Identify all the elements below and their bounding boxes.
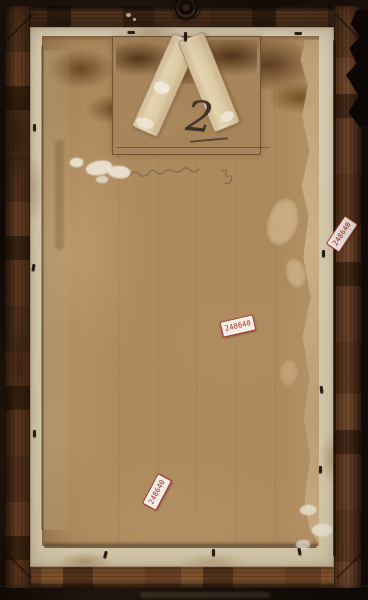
- nail: [33, 124, 36, 131]
- paint-speck: [126, 13, 131, 17]
- paint-smudge: [70, 158, 83, 167]
- backing-bottom-shadow: [44, 541, 317, 548]
- nail: [319, 466, 322, 473]
- paint-smudge: [96, 176, 108, 183]
- nail: [295, 32, 302, 35]
- paint-speck: [133, 18, 136, 21]
- frame-edge-scuff: [140, 592, 270, 598]
- paint-smudge: [300, 505, 316, 515]
- patch-border-line: [117, 147, 270, 148]
- frame-right-bar: [334, 6, 361, 588]
- nail: [320, 386, 324, 393]
- nail: [128, 31, 135, 34]
- sticker-number: 248640: [224, 319, 252, 333]
- nail: [184, 32, 187, 41]
- tape-tear: [135, 115, 156, 131]
- handwritten-inscription: [126, 163, 246, 185]
- frame-bottom-bar: [5, 564, 360, 588]
- water-stain: [44, 50, 70, 530]
- frame-left-bar: [5, 6, 31, 588]
- nail: [322, 250, 325, 257]
- framed-painting-back-photo: 2 248640 248640 248640: [0, 0, 368, 600]
- backing-right-gap: [333, 40, 336, 556]
- tape-tear: [152, 79, 171, 96]
- nail: [33, 430, 36, 437]
- nail: [212, 549, 215, 556]
- paint-smudge: [312, 524, 332, 536]
- dark-streak-stain: [55, 140, 64, 250]
- backing-left-gap: [41, 46, 43, 530]
